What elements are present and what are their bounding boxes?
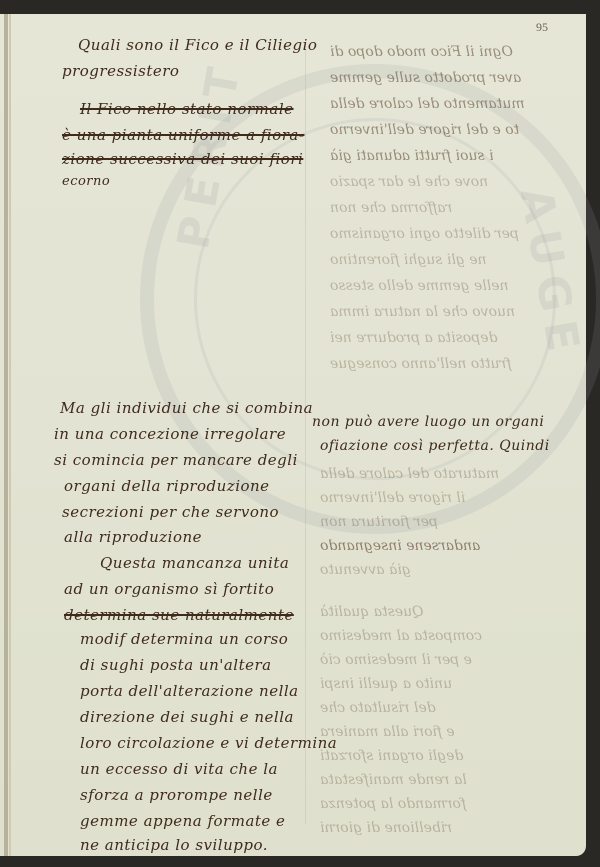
manuscript-line: secrezioni per che servono [62,503,279,521]
bleedthrough-line: nove che le dar spazio [330,174,488,190]
manuscript-line: non può avere luogo un organi [312,414,544,430]
bleedthrough-line: degli organi sforzati [320,748,463,764]
bleedthrough-line: mutamento del calore della [330,96,525,112]
manuscript-line: Ma gli individui che si combina [60,399,313,417]
manuscript-line: Questa mancanza unita [100,554,289,572]
bleedthrough-line: il rigore dell'inverno [320,490,465,506]
binding-edge [4,14,8,856]
manuscript-line: gemme appena formate e [80,812,285,830]
manuscript-line: organi della riproduzione [64,477,270,495]
manuscript-line-struck: è una pianta uniforme a fiora- [62,126,304,144]
bleedthrough-line: la rende manifestata [320,772,467,788]
binding-edge-inner [9,14,11,856]
manuscript-line: un eccesso di vita che la [80,760,278,778]
manuscript-line-struck: zione successiva dei suoi fiori [62,150,303,168]
bleedthrough-line: nuovo che la natura imma [330,304,515,320]
bleedthrough-line: del risultato che [320,700,436,716]
bleedthrough-line: composta al medesimo [320,628,482,644]
bleedthrough-line: to e del rigore dell'inverno [330,122,519,138]
manuscript-line-struck: determina sue naturalmente [64,606,294,624]
bleedthrough-line: frutto nell'anno consegue [330,356,511,372]
bleedthrough-line: unito a quelli inspi [320,676,452,692]
manuscript-line: ad un organismo sì fortito [64,580,274,598]
manuscript-line: si comincia per mancare degli [54,451,298,469]
bleedthrough-line: rafforma che non [330,200,452,216]
manuscript-line: loro circolazione e vi determina [80,734,337,752]
bleedthrough-line: nelle gemme dello stesso [330,278,509,294]
manuscript-line: direzione dei sughi e nella [80,708,294,726]
manuscript-line-struck: Il Fico nello stato normale [80,100,294,118]
manuscript-line: sforza a prorompe nelle [80,786,273,804]
bleedthrough-line: andarsene insegnando [320,538,480,554]
manuscript-line: progressistero [62,62,179,80]
bleedthrough-line: e fiori alla maniera [320,724,455,740]
manuscript-line: alla riproduzione [64,528,202,546]
manuscript-line: ecorno [62,174,110,189]
bleedthrough-line: Ogni il Fico modo dopo di [330,44,513,60]
bleedthrough-line: ne gli sughi fiorentino [330,252,487,268]
manuscript-line: di sughi posta un'altera [80,656,272,674]
bleedthrough-line: i suoi frutti adunati già [330,148,494,164]
bleedthrough-line: formando la potenza [320,796,466,812]
bleedthrough-line: per fioritura non [320,514,438,530]
bleedthrough-line: maturato del calore della [320,466,499,482]
bleedthrough-line: e per il medesimo ciò [320,652,472,668]
manuscript-line: Quali sono il Fico e il Ciliegio [78,36,317,54]
manuscript-line: in una concezione irregolare [54,425,286,443]
manuscript-line: porta dell'alterazione nella [80,682,299,700]
bleedthrough-line: già avvenuto [320,562,411,578]
bleedthrough-line: Questa qualità [320,604,424,620]
manuscript-line: modif determina un corso [80,630,288,648]
column-fold [305,44,306,824]
manuscript-page: PERIT AUGE 95 Quali sono il Fico e il Ci… [0,14,586,856]
bleedthrough-line: ribellione di giorni [320,820,452,836]
bleedthrough-line: aver prodotto sulle gemme [330,70,521,86]
bleedthrough-line: per diletto ogni organismo [330,226,519,242]
bleedthrough-line: deposita a produrre nei [330,330,497,346]
manuscript-line: ne anticipa lo sviluppo. [80,836,268,854]
page-number: 95 [536,20,548,35]
manuscript-line: ofiazione così perfetta. Quindi [320,438,550,454]
